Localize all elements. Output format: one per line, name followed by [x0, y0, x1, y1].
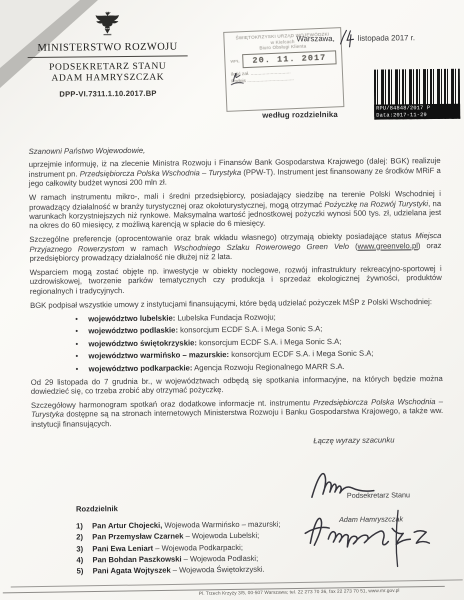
paragraph-7: Szczegółowy harmonogram spotkań oraz dod…	[31, 397, 443, 429]
bullet-icon: •	[75, 327, 88, 337]
stamp-date: 20. 11. 2017	[242, 50, 337, 68]
stamp-handwriting	[229, 65, 248, 86]
bullet-icon: •	[76, 364, 89, 374]
official-name: ADAM HAMRYSZCZAK	[14, 73, 202, 85]
reference-number: DPP-VI.7311.1.10.2017.BP	[14, 89, 202, 100]
voivodeship-bullet: •województwo podlaskie: konsorcjum ECDF …	[30, 323, 442, 336]
greenvelo-link: www.greenvelo.pl	[358, 241, 418, 251]
scanned-letter: MINISTERSTWO ROZWOJU PODSEKRETARZ STANU …	[0, 0, 464, 600]
letterhead-divider	[28, 55, 188, 58]
dateline-city: Warszawa,	[296, 34, 334, 43]
distribution-list: Rozdzielnik 1)Pan Artur Chojecki, Wojewo…	[76, 502, 357, 577]
salutation: Szanowni Państwo Wojewodowie,	[29, 143, 441, 156]
paragraph-6: Od 29 listopada do 7 grudnia br., w woje…	[31, 374, 443, 397]
bullet-icon: •	[75, 314, 88, 324]
paragraph-2: W ramach instrumentu mikro-, mali i śred…	[29, 189, 441, 231]
signer-title: Podsekretarz Stanu	[347, 490, 410, 500]
barcode-date: Data:2017-11-29	[376, 112, 458, 119]
official-title: PODSEKRETARZ STANU	[14, 62, 202, 74]
distribution-heading: Rozdzielnik	[76, 502, 356, 514]
stamp-wpl-label: WPŁ.	[230, 59, 240, 64]
voivodeship-bullet: •województwo lubelskie: Lubelska Fundacj…	[30, 311, 442, 324]
bullet-icon: •	[75, 352, 88, 362]
voivodeship-bullet: •województwo świętokrzyskie: konsorcjum …	[30, 336, 442, 349]
dateline-rest: listopada 2017 r.	[358, 33, 415, 43]
barcode: RPU/84848/2017 P Data:2017-11-29	[374, 69, 460, 120]
voivodeship-bullet: •województwo podkarpackie: Agencja Rozwo…	[31, 361, 443, 374]
distribution-item: 5)Pani Agata Wojtyszek – Wojewoda Święto…	[77, 563, 357, 577]
paragraph-1: uprzejmie informuję, iż na zlecenie Mini…	[29, 156, 441, 188]
letter-body: Szanowni Państwo Wojewodowie, uprzejmie …	[29, 143, 444, 448]
letterhead: MINISTERSTWO ROZWOJU PODSEKRETARZ STANU …	[13, 8, 202, 99]
paragraph-5: BGK podpisał wszystkie umowy z instytucj…	[30, 297, 442, 310]
polish-eagle-emblem-icon	[94, 9, 120, 39]
voivodeship-bullet: •województwo warmińsko – mazurskie: kons…	[30, 348, 442, 361]
handwritten-day-14	[338, 29, 355, 48]
ministry-name: MINISTERSTWO ROZWOJU	[14, 41, 202, 54]
bullet-icon: •	[75, 339, 88, 349]
paragraph-4: Wsparciem mogą zostać objęte np. inwesty…	[30, 264, 442, 296]
dateline: Warszawa, listopada 2017 r.	[296, 28, 460, 49]
paragraph-3: Szczególne preferencje (oprocentowanie o…	[29, 231, 441, 263]
distribution-note: według rozdzielnika	[262, 110, 338, 120]
closing-phrase: Łączę wyrazy szacunku	[313, 435, 443, 446]
